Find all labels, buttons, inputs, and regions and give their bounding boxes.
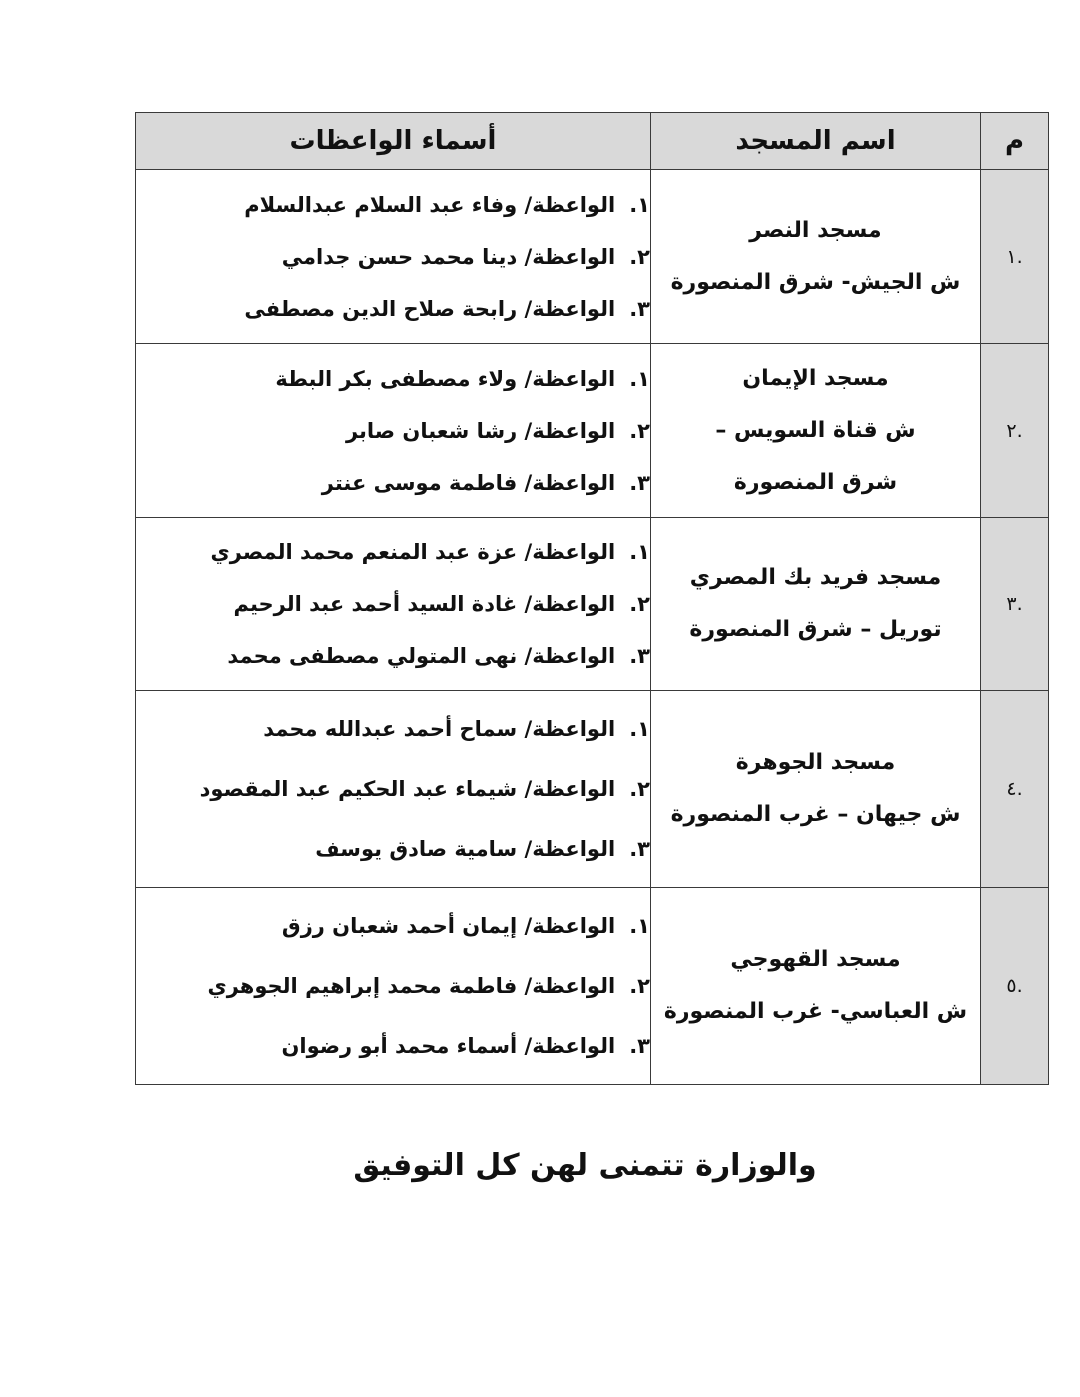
closing-statement: والوزارة تتمنى لهن كل التوفيق [0, 1148, 1080, 1183]
preachers-cell: ١.الواعظة/ ولاء مصطفى بكر البطة ٢.الواعظ… [136, 344, 651, 518]
row-number: .٣ [981, 518, 1049, 691]
preacher-name: الواعظة/ إيمان أحمد شعبان رزق [282, 914, 615, 938]
list-item: ٢.الواعظة/ غادة السيد أحمد عبد الرحيم [136, 578, 650, 630]
preacher-name: الواعظة/ شيماء عبد الحكيم عبد المقصود [200, 777, 616, 801]
item-index: ١. [629, 193, 650, 217]
table-row: .٣ مسجد فريد بك المصري توريل – شرق المنص… [136, 518, 1049, 691]
list-item: ٣.الواعظة/ أسماء محمد أبو رضوان [136, 1016, 650, 1076]
document-page: م اسم المسجد أسماء الواعظات .١ مسجد النص… [0, 0, 1080, 1397]
table-row: .١ مسجد النصر ش الجيش- شرق المنصورة ١.ال… [136, 170, 1049, 344]
item-index: ١. [629, 540, 650, 564]
list-item: ١.الواعظة/ إيمان أحمد شعبان رزق [136, 896, 650, 956]
list-item: ١.الواعظة/ عزة عبد المنعم محمد المصري [136, 526, 650, 578]
preacher-list: ١.الواعظة/ عزة عبد المنعم محمد المصري ٢.… [136, 526, 650, 682]
mosque-address: ش الجيش- شرق المنصورة [651, 257, 980, 309]
preacher-name: الواعظة/ غادة السيد أحمد عبد الرحيم [234, 592, 616, 616]
list-item: ١.الواعظة/ ولاء مصطفى بكر البطة [136, 353, 650, 405]
list-item: ٢.الواعظة/ دينا محمد حسن جدامي [136, 231, 650, 283]
list-item: ٣.الواعظة/ سامية صادق يوسف [136, 819, 650, 879]
list-item: ١.الواعظة/ وفاء عبد السلام عبدالسلام [136, 179, 650, 231]
preacher-name: الواعظة/ عزة عبد المنعم محمد المصري [211, 540, 616, 564]
preacher-name: الواعظة/ رابحة صلاح الدين مصطفى [244, 297, 615, 321]
row-number: .٢ [981, 344, 1049, 518]
header-mosque-name: اسم المسجد [651, 113, 981, 170]
mosque-name: مسجد النصر [651, 205, 980, 257]
item-index: ٣. [629, 837, 650, 861]
mosque-name: مسجد القهوجي [651, 934, 980, 986]
preacher-name: الواعظة/ سامية صادق يوسف [315, 837, 615, 861]
item-index: ٣. [629, 644, 650, 668]
mosque-address: ش جيهان – غرب المنصورة [651, 789, 980, 841]
row-number: .١ [981, 170, 1049, 344]
item-index: ٢. [629, 974, 650, 998]
preacher-name: الواعظة/ دينا محمد حسن جدامي [282, 245, 615, 269]
header-number: م [981, 113, 1049, 170]
preacher-name: الواعظة/ فاطمة محمد إبراهيم الجوهري [208, 974, 616, 998]
item-index: ١. [629, 717, 650, 741]
preacher-name: الواعظة/ نهى المتولي مصطفى محمد [227, 644, 615, 668]
table-header-row: م اسم المسجد أسماء الواعظات [136, 113, 1049, 170]
mosque-name: مسجد الجوهرة [651, 737, 980, 789]
mosque-cell: مسجد الإيمان ش قناة السويس – شرق المنصور… [651, 344, 981, 518]
item-index: ١. [629, 367, 650, 391]
item-index: ٢. [629, 592, 650, 616]
list-item: ١.الواعظة/ سماح أحمد عبدالله محمد [136, 699, 650, 759]
preachers-cell: ١.الواعظة/ سماح أحمد عبدالله محمد ٢.الوا… [136, 691, 651, 888]
table-row: .٥ مسجد القهوجي ش العباسي- غرب المنصورة … [136, 888, 1049, 1085]
mosque-address: ش قناة السويس – شرق المنصورة [651, 405, 980, 509]
preacher-list: ١.الواعظة/ سماح أحمد عبدالله محمد ٢.الوا… [136, 699, 650, 879]
preachers-cell: ١.الواعظة/ وفاء عبد السلام عبدالسلام ٢.ا… [136, 170, 651, 344]
mosque-address: توريل – شرق المنصورة [651, 604, 980, 656]
item-index: ٢. [629, 777, 650, 801]
mosque-cell: مسجد الجوهرة ش جيهان – غرب المنصورة [651, 691, 981, 888]
mosque-cell: مسجد القهوجي ش العباسي- غرب المنصورة [651, 888, 981, 1085]
preacher-list: ١.الواعظة/ إيمان أحمد شعبان رزق ٢.الواعظ… [136, 896, 650, 1076]
preacher-name: الواعظة/ فاطمة موسى عنتر [322, 471, 615, 495]
row-number: .٤ [981, 691, 1049, 888]
preachers-cell: ١.الواعظة/ عزة عبد المنعم محمد المصري ٢.… [136, 518, 651, 691]
table-row: .٢ مسجد الإيمان ش قناة السويس – شرق المن… [136, 344, 1049, 518]
list-item: ٢.الواعظة/ رشا شعبان صابر [136, 405, 650, 457]
preachers-cell: ١.الواعظة/ إيمان أحمد شعبان رزق ٢.الواعظ… [136, 888, 651, 1085]
mosque-address: ش العباسي- غرب المنصورة [651, 986, 980, 1038]
list-item: ٣.الواعظة/ نهى المتولي مصطفى محمد [136, 630, 650, 682]
item-index: ٣. [629, 1034, 650, 1058]
preacher-name: الواعظة/ رشا شعبان صابر [346, 419, 615, 443]
preacher-name: الواعظة/ أسماء محمد أبو رضوان [281, 1034, 615, 1058]
item-index: ٣. [629, 297, 650, 321]
table-row: .٤ مسجد الجوهرة ش جيهان – غرب المنصورة ١… [136, 691, 1049, 888]
item-index: ٢. [629, 419, 650, 443]
list-item: ٢.الواعظة/ فاطمة محمد إبراهيم الجوهري [136, 956, 650, 1016]
item-index: ١. [629, 914, 650, 938]
header-preacher-names: أسماء الواعظات [136, 113, 651, 170]
preacher-name: الواعظة/ ولاء مصطفى بكر البطة [275, 367, 615, 391]
list-item: ٢.الواعظة/ شيماء عبد الحكيم عبد المقصود [136, 759, 650, 819]
row-number: .٥ [981, 888, 1049, 1085]
preacher-name: الواعظة/ وفاء عبد السلام عبدالسلام [244, 193, 615, 217]
item-index: ٣. [629, 471, 650, 495]
preacher-name: الواعظة/ سماح أحمد عبدالله محمد [263, 717, 615, 741]
mosque-cell: مسجد النصر ش الجيش- شرق المنصورة [651, 170, 981, 344]
mosque-name: مسجد الإيمان [651, 353, 980, 405]
preacher-list: ١.الواعظة/ وفاء عبد السلام عبدالسلام ٢.ا… [136, 179, 650, 335]
mosque-cell: مسجد فريد بك المصري توريل – شرق المنصورة [651, 518, 981, 691]
item-index: ٢. [629, 245, 650, 269]
preacher-list: ١.الواعظة/ ولاء مصطفى بكر البطة ٢.الواعظ… [136, 353, 650, 509]
mosque-preachers-table: م اسم المسجد أسماء الواعظات .١ مسجد النص… [135, 112, 1049, 1085]
list-item: ٣.الواعظة/ فاطمة موسى عنتر [136, 457, 650, 509]
list-item: ٣.الواعظة/ رابحة صلاح الدين مصطفى [136, 283, 650, 335]
mosque-name: مسجد فريد بك المصري [651, 552, 980, 604]
